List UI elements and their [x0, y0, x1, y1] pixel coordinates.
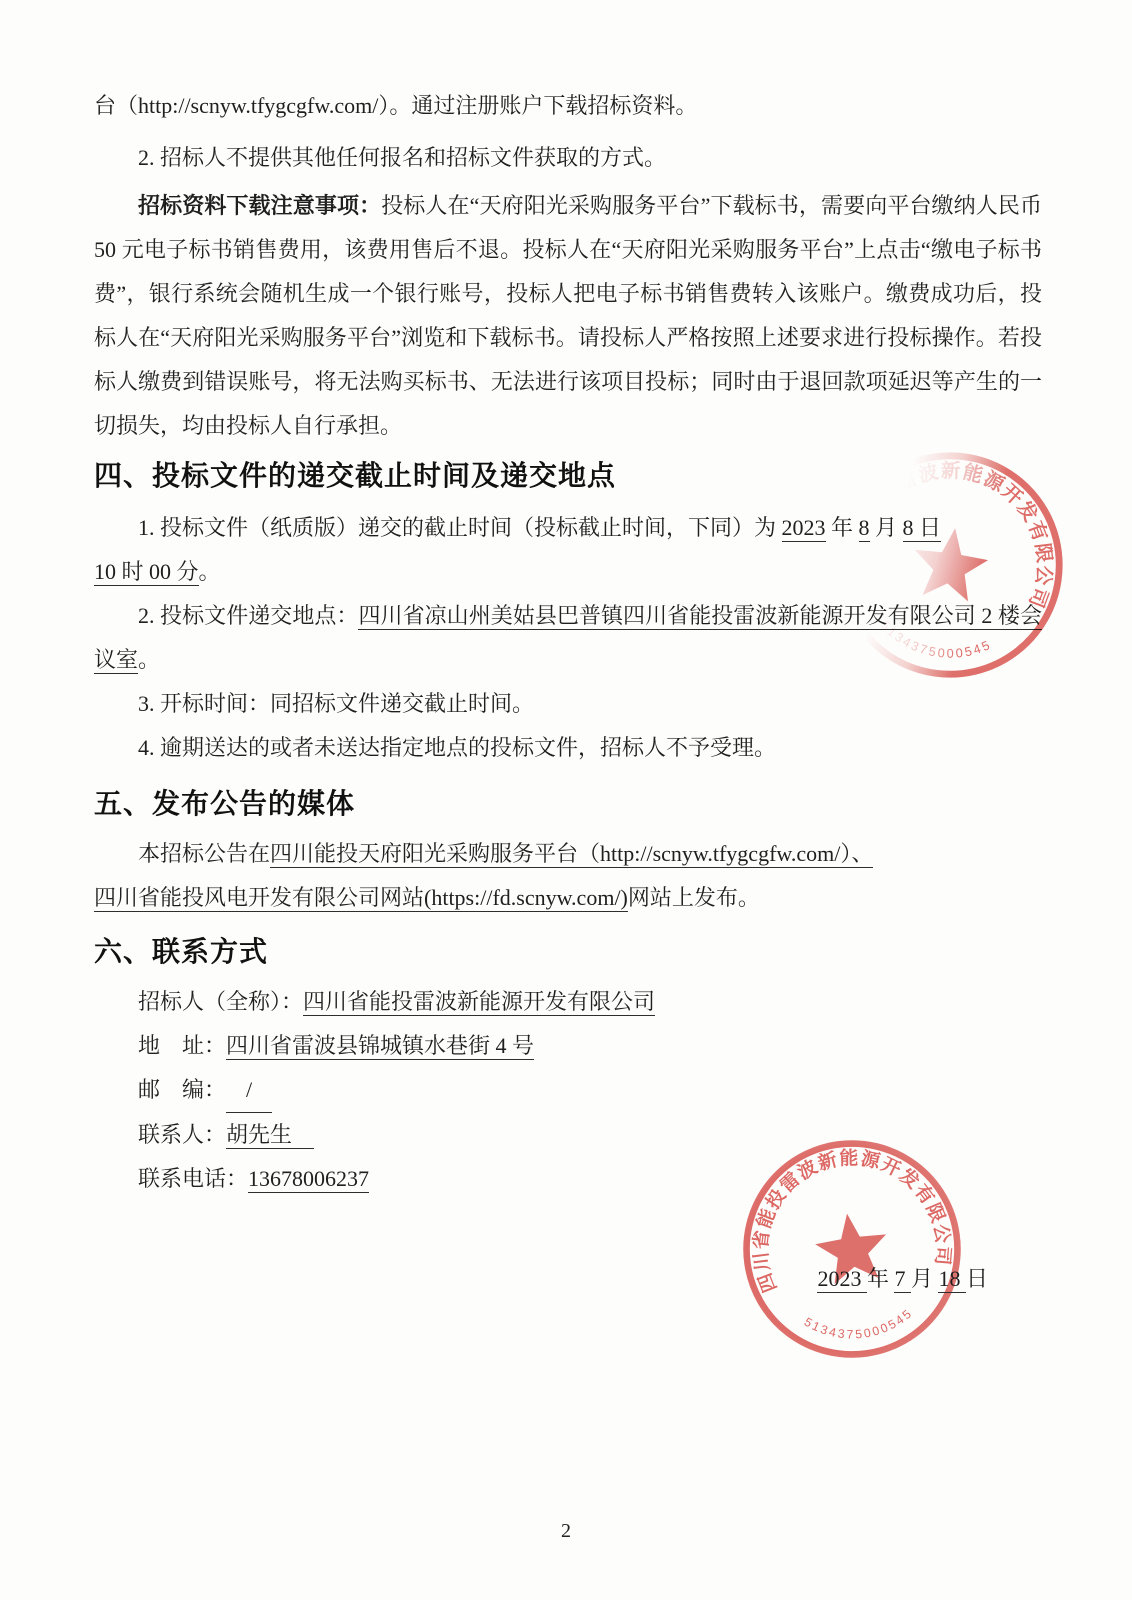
date-month: 7 [894, 1266, 911, 1293]
deadline-day: 8 日 [903, 515, 942, 542]
media-end: 网站上发布。 [628, 885, 760, 910]
deadline-sep2: 月 [870, 515, 903, 540]
person-label: 联系人： [138, 1122, 226, 1147]
document-body: 台（http://scnyw.tfygcgfw.com/）。通过注册账户下载招标… [94, 84, 1042, 1301]
media-pre: 本招标公告在 [138, 841, 270, 866]
paragraph-no-other-method: 2. 招标人不提供其他任何报名和招标文件获取的方式。 [94, 136, 1042, 180]
item-deadline: 1. 投标文件（纸质版）递交的截止时间（投标截止时间，下同）为 2023 年 8… [94, 506, 1042, 594]
deadline-end: 。 [199, 559, 221, 584]
section-heading-5-announcement-media: 五、发布公告的媒体 [94, 786, 1042, 822]
tenderer-name: 四川省能投雷波新能源开发有限公司 [303, 989, 655, 1016]
deadline-sep1: 年 [826, 515, 859, 540]
deadline-month: 8 [859, 515, 870, 542]
contact-row-address: 地 址：四川省雷波县锦城镇水巷街 4 号 [94, 1024, 1042, 1068]
paragraph-download-notice: 招标资料下载注意事项：投标人在“天府阳光采购服务平台”下载标书，需要向平台缴纳人… [94, 184, 1042, 448]
date-sep1: 年 [867, 1266, 895, 1291]
notice-body: 投标人在“天府阳光采购服务平台”下载标书，需要向平台缴纳人民币 50 元电子标书… [94, 193, 1042, 438]
contact-row-phone: 联系电话：13678006237 [94, 1157, 1042, 1201]
document-page: 台（http://scnyw.tfygcgfw.com/）。通过注册账户下载招标… [0, 0, 1132, 1600]
person-value: 胡先生 [226, 1122, 314, 1149]
date-day: 18 [938, 1266, 966, 1293]
page-number: 2 [0, 1520, 1132, 1543]
phone-label: 联系电话： [138, 1166, 248, 1191]
contact-row-person: 联系人：胡先生 [94, 1113, 1042, 1157]
item-bid-opening-time: 3. 开标时间：同招标文件递交截止时间。 [94, 682, 1042, 726]
notice-label: 招标资料下载注意事项： [138, 193, 381, 218]
date-sep2: 月 [911, 1266, 939, 1291]
media-platform-2: 四川省能投风电开发有限公司网站(https://fd.scnyw.com/) [94, 885, 628, 912]
date-sep3: 日 [966, 1266, 988, 1291]
section-heading-4-submission-deadline: 四、投标文件的递交截止时间及递交地点 [94, 458, 1042, 494]
phone-value: 13678006237 [248, 1166, 369, 1193]
place-label: 2. 投标文件递交地点： [138, 603, 358, 628]
address-value: 四川省雷波县锦城镇水巷街 4 号 [226, 1033, 534, 1060]
item-late-delivery: 4. 逾期送达的或者未送达指定地点的投标文件，招标人不予受理。 [94, 726, 1042, 770]
paragraph-announcement-media: 本招标公告在四川能投天府阳光采购服务平台（http://scnyw.tfygcg… [94, 832, 1042, 920]
date-year: 2023 [817, 1266, 867, 1293]
media-platform-1: 四川能投天府阳光采购服务平台（http://scnyw.tfygcgfw.com… [270, 841, 873, 868]
deadline-text: 1. 投标文件（纸质版）递交的截止时间（投标截止时间，下同）为 [138, 515, 782, 540]
deadline-year: 2023 [782, 515, 826, 542]
place-end: 。 [138, 647, 160, 672]
deadline-time: 10 时 00 分 [94, 559, 199, 586]
paragraph-download-platform-continuation: 台（http://scnyw.tfygcgfw.com/）。通过注册账户下载招标… [94, 84, 1042, 128]
item-submission-place: 2. 投标文件递交地点：四川省凉山州美姑县巴普镇四川省能投雷波新能源开发有限公司… [94, 594, 1042, 682]
contact-row-postcode: 邮 编：/ [94, 1068, 1042, 1113]
postcode-value: / [226, 1068, 272, 1113]
seal-number-text: 5134375000545 [800, 1300, 918, 1349]
address-label: 地 址： [138, 1033, 226, 1058]
postcode-label: 邮 编： [138, 1077, 226, 1102]
tenderer-label: 招标人（全称）： [138, 989, 303, 1014]
svg-text:5134375000545: 5134375000545 [800, 1300, 918, 1349]
contact-row-tenderer: 招标人（全称）：四川省能投雷波新能源开发有限公司 [94, 980, 1042, 1024]
signature-date: 2023 年 7 月 18 日 [94, 1257, 1042, 1301]
section-heading-6-contact: 六、联系方式 [94, 934, 1042, 970]
